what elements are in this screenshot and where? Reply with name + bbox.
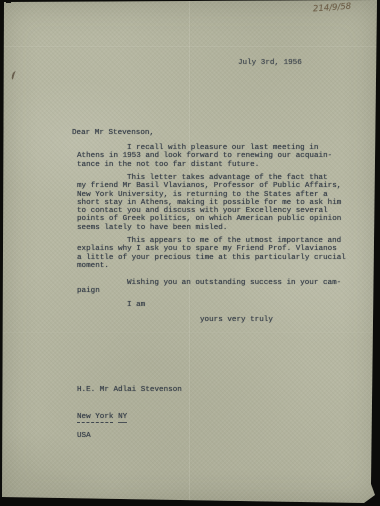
scan-edge-mark (0, 24, 4, 31)
recipient-address: H.E. Mr Adlai Stevenson New YorkNY USA (77, 378, 182, 451)
letter-paper: 214/9/58 July 3rd, 1956 Dear Mr Stevenso… (0, 0, 380, 506)
recipient-name: H.E. Mr Adlai Stevenson (77, 386, 182, 394)
recipient-country: USA (77, 432, 182, 440)
recipient-city-line: New YorkNY (77, 405, 182, 422)
horizontal-fold-crease-top (0, 46, 380, 48)
paragraph-3: This appears to me of the utmost importa… (77, 237, 369, 270)
closing-valediction: yours very truly (200, 316, 273, 324)
pen-mark (11, 71, 18, 81)
pre-closing: I am (127, 301, 145, 309)
recipient-city: New York (77, 413, 113, 423)
horizontal-fold-crease-bottom (0, 332, 380, 334)
scan-edge-mark (0, 56, 3, 61)
recipient-state: NY (118, 413, 127, 423)
paragraph-4: Wishing you an outstanding success in yo… (77, 279, 369, 296)
letter-date: July 3rd, 1956 (238, 59, 302, 67)
archival-reference-annotation: 214/9/58 (313, 2, 352, 15)
paragraph-1: I recall with pleasure our last meeting … (77, 144, 369, 169)
scan-edge-mark (6, 0, 11, 3)
paragraph-2: This letter takes advantage of the fact … (77, 174, 369, 232)
salutation: Dear Mr Stevenson, (72, 129, 154, 137)
scanned-letter-document: 214/9/58 July 3rd, 1956 Dear Mr Stevenso… (0, 0, 380, 506)
